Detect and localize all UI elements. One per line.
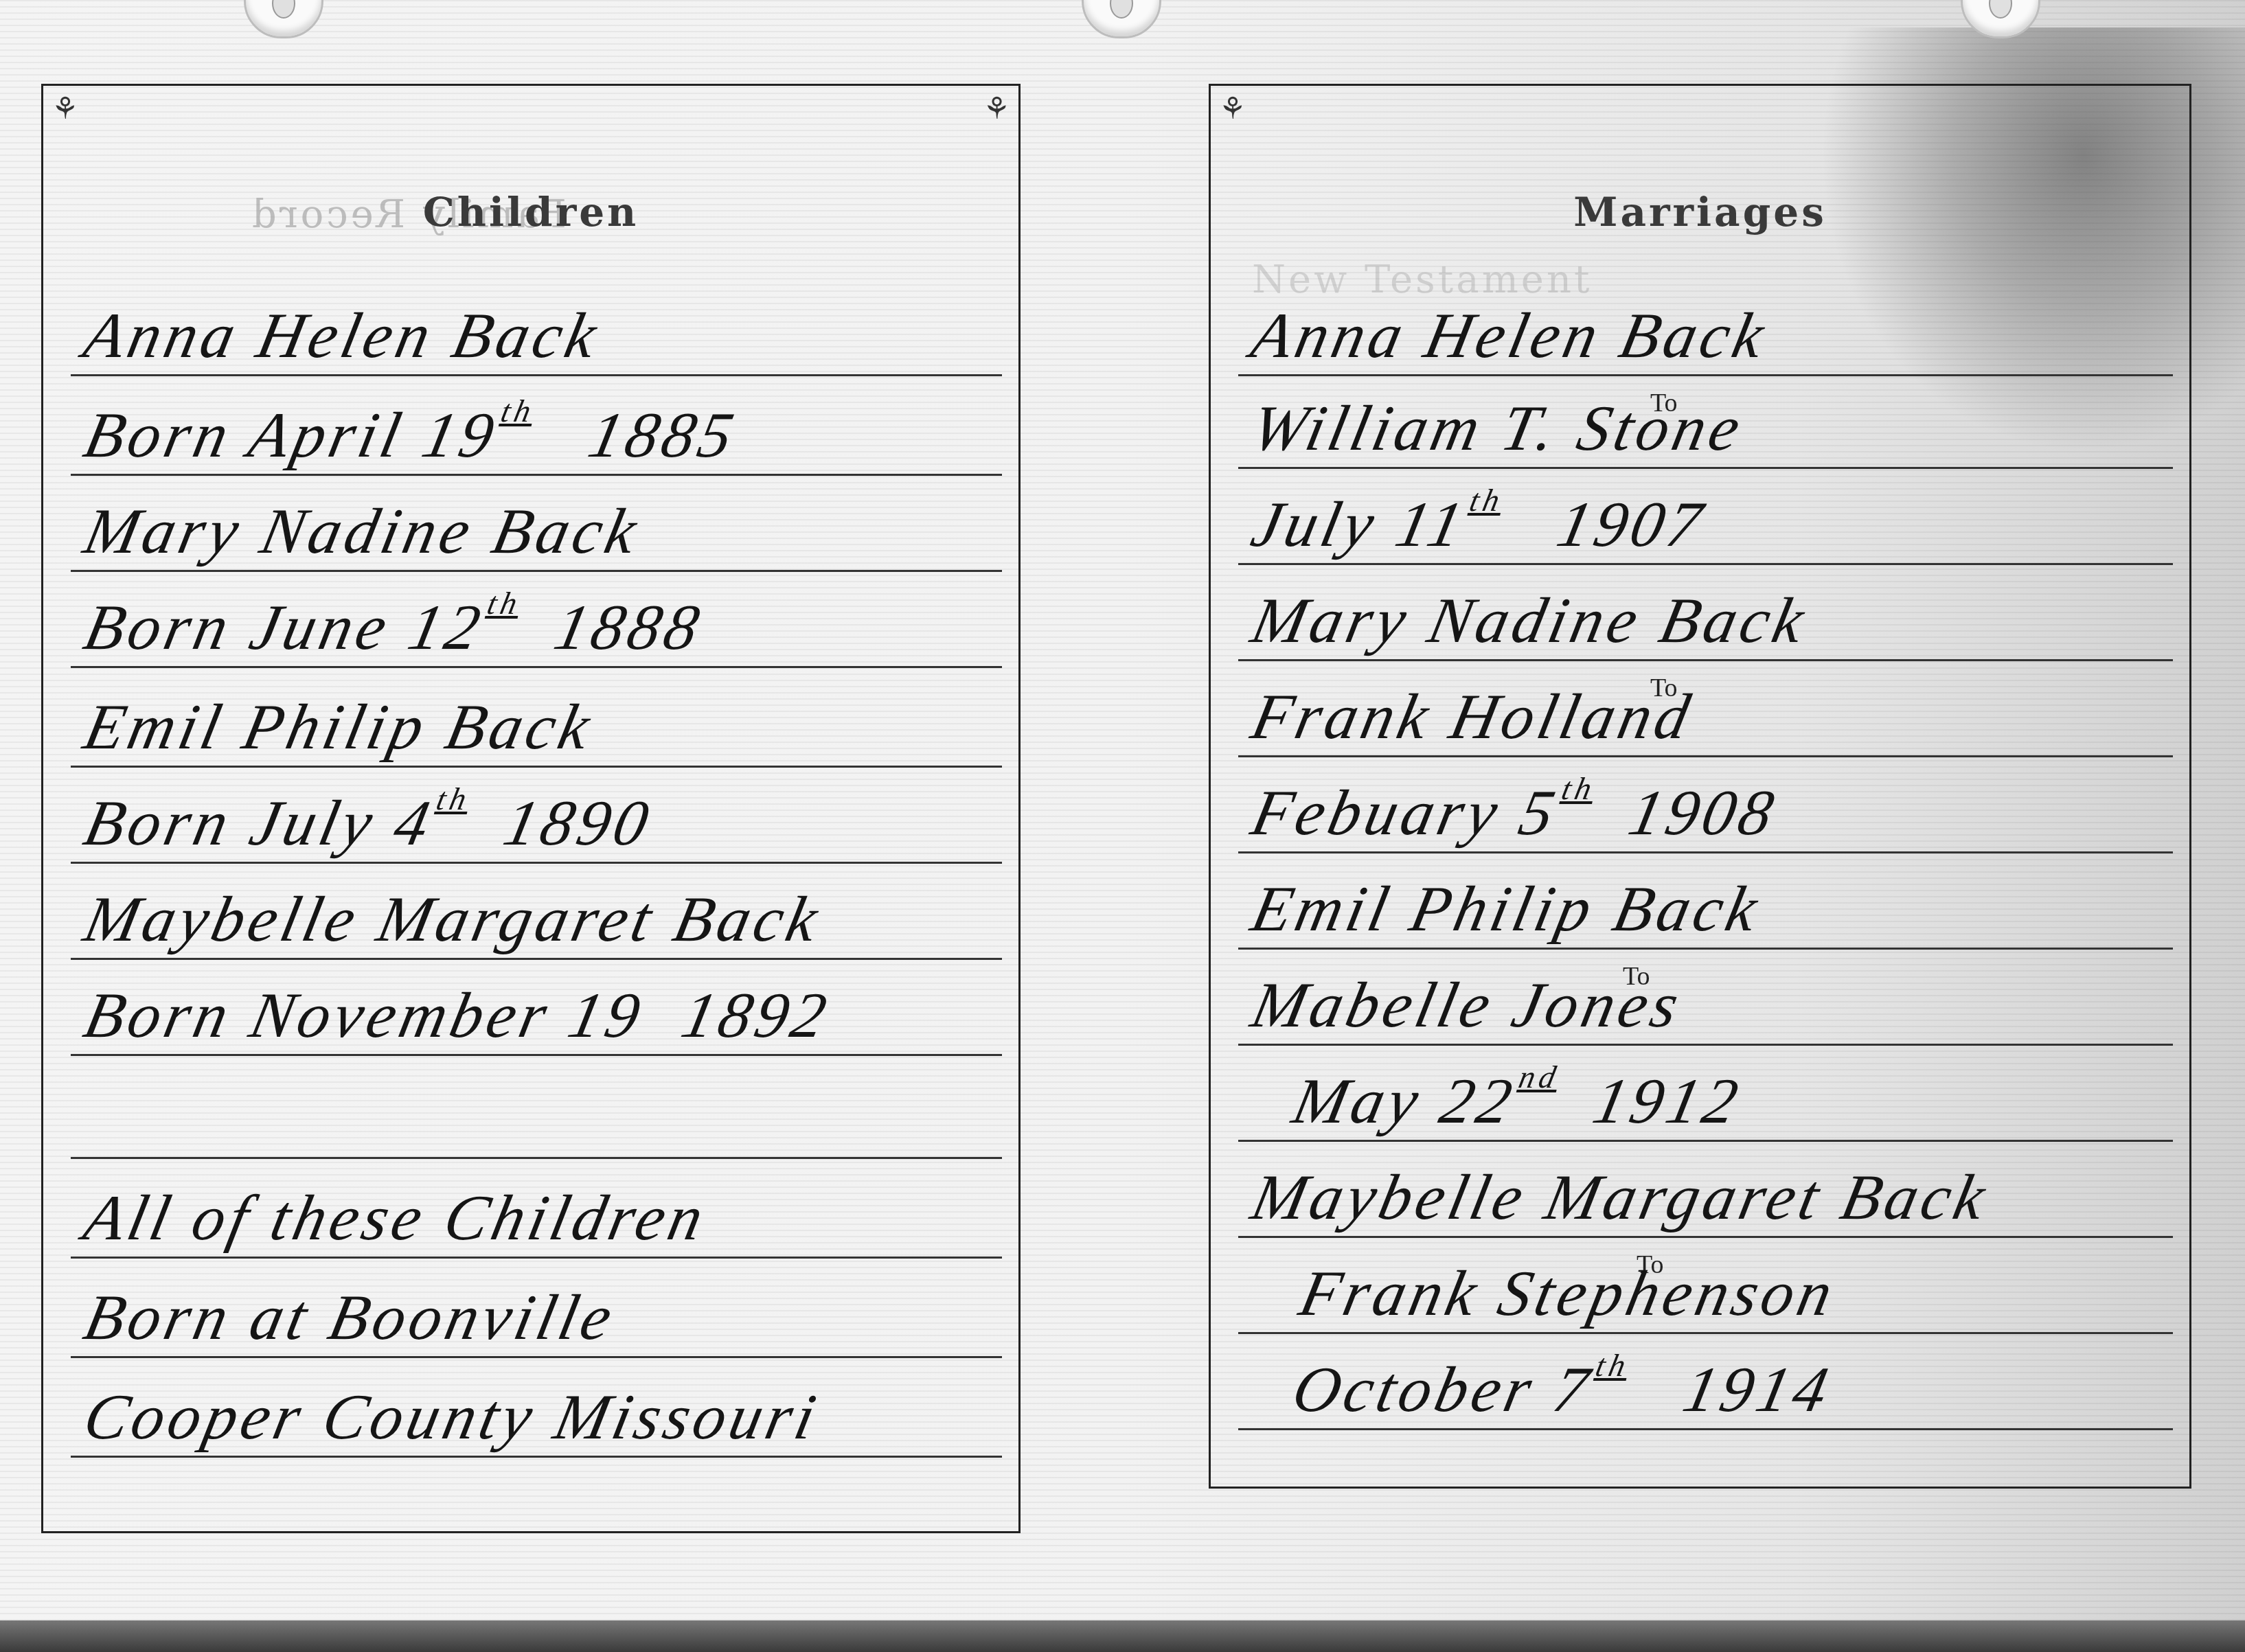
ruled-line (1238, 659, 2173, 661)
birth-date: Born November 19 1892 (78, 978, 836, 1053)
child-name: Maybelle Margaret Back (78, 882, 828, 956)
marriage-party: Mabelle Jones (1245, 968, 1689, 1042)
birth-date: Born April 19th 1885 (78, 398, 744, 472)
ruled-line (71, 1356, 1002, 1358)
ruled-line (71, 1054, 1002, 1056)
ruled-line (1238, 755, 2173, 757)
marriage-party: William T. Stone (1245, 391, 1751, 466)
birthplace-note: Born at Boonville (78, 1281, 622, 1355)
birth-date: Born July 4th 1890 (78, 786, 659, 860)
corner-ornament-icon: ⚘ (1219, 94, 1246, 124)
marriage-party: Emil Philip Back (1245, 872, 1768, 946)
marriage-date: July 11th 1907 (1245, 487, 1712, 562)
binder-ring-hole (1961, 0, 2040, 38)
birthplace-note: All of these Children (78, 1181, 714, 1255)
children-page: ⚘ ⚘ Family Record Children Anna Helen Ba… (41, 84, 1021, 1533)
page-title: Children (43, 189, 1018, 236)
ruled-line (71, 766, 1002, 768)
ruled-line (71, 1456, 1002, 1458)
ruled-line (1238, 1044, 2173, 1046)
marriage-party: Anna Helen Back (1245, 299, 1775, 373)
marriage-date: October 7th 1914 (1286, 1353, 1838, 1427)
bleed-through-text: New Testament (1252, 257, 1592, 302)
corner-ornament-icon: ⚘ (983, 94, 1010, 124)
ruled-line (71, 958, 1002, 960)
page-bottom-edge (0, 1620, 2245, 1652)
child-name: Mary Nadine Back (78, 494, 647, 569)
page-title: Marriages (1211, 189, 2189, 236)
ruled-line (1238, 374, 2173, 376)
ruled-line (71, 570, 1002, 572)
ruled-line (1238, 948, 2173, 950)
bible-page-spread: ⚘ ⚘ Family Record Children Anna Helen Ba… (0, 0, 2245, 1652)
marriage-party: Frank Holland (1245, 680, 1700, 754)
marriage-party: Mary Nadine Back (1245, 584, 1814, 658)
marriage-party: Frank Stephenson (1293, 1257, 1843, 1331)
ruled-line (1238, 1332, 2173, 1334)
birth-date: Born June 12th 1888 (78, 590, 709, 665)
ruled-line (1238, 563, 2173, 565)
ruled-line (71, 474, 1002, 476)
marriage-date: Febuary 5th 1908 (1245, 776, 1784, 850)
ruled-line (71, 862, 1002, 864)
child-name: Emil Philip Back (78, 690, 600, 764)
child-name: Anna Helen Back (78, 299, 607, 373)
ruled-line (1238, 1428, 2173, 1430)
binder-ring-hole (1082, 0, 1161, 38)
ruled-line (71, 374, 1002, 376)
binder-ring-hole (244, 0, 323, 38)
birthplace-note: Cooper County Missouri (78, 1380, 826, 1454)
ruled-line (71, 1257, 1002, 1259)
marriage-date: May 22nd 1912 (1286, 1064, 1748, 1138)
marriage-party: Maybelle Margaret Back (1245, 1160, 1996, 1235)
corner-ornament-icon: ⚘ (52, 94, 78, 124)
ruled-line (71, 1157, 1002, 1159)
ruled-line (71, 666, 1002, 668)
ruled-line (1238, 1140, 2173, 1142)
marriages-page: ⚘ New Testament Marriages Anna Helen Bac… (1209, 84, 2191, 1489)
ruled-line (1238, 851, 2173, 853)
ruled-line (1238, 1236, 2173, 1238)
ruled-line (1238, 467, 2173, 469)
